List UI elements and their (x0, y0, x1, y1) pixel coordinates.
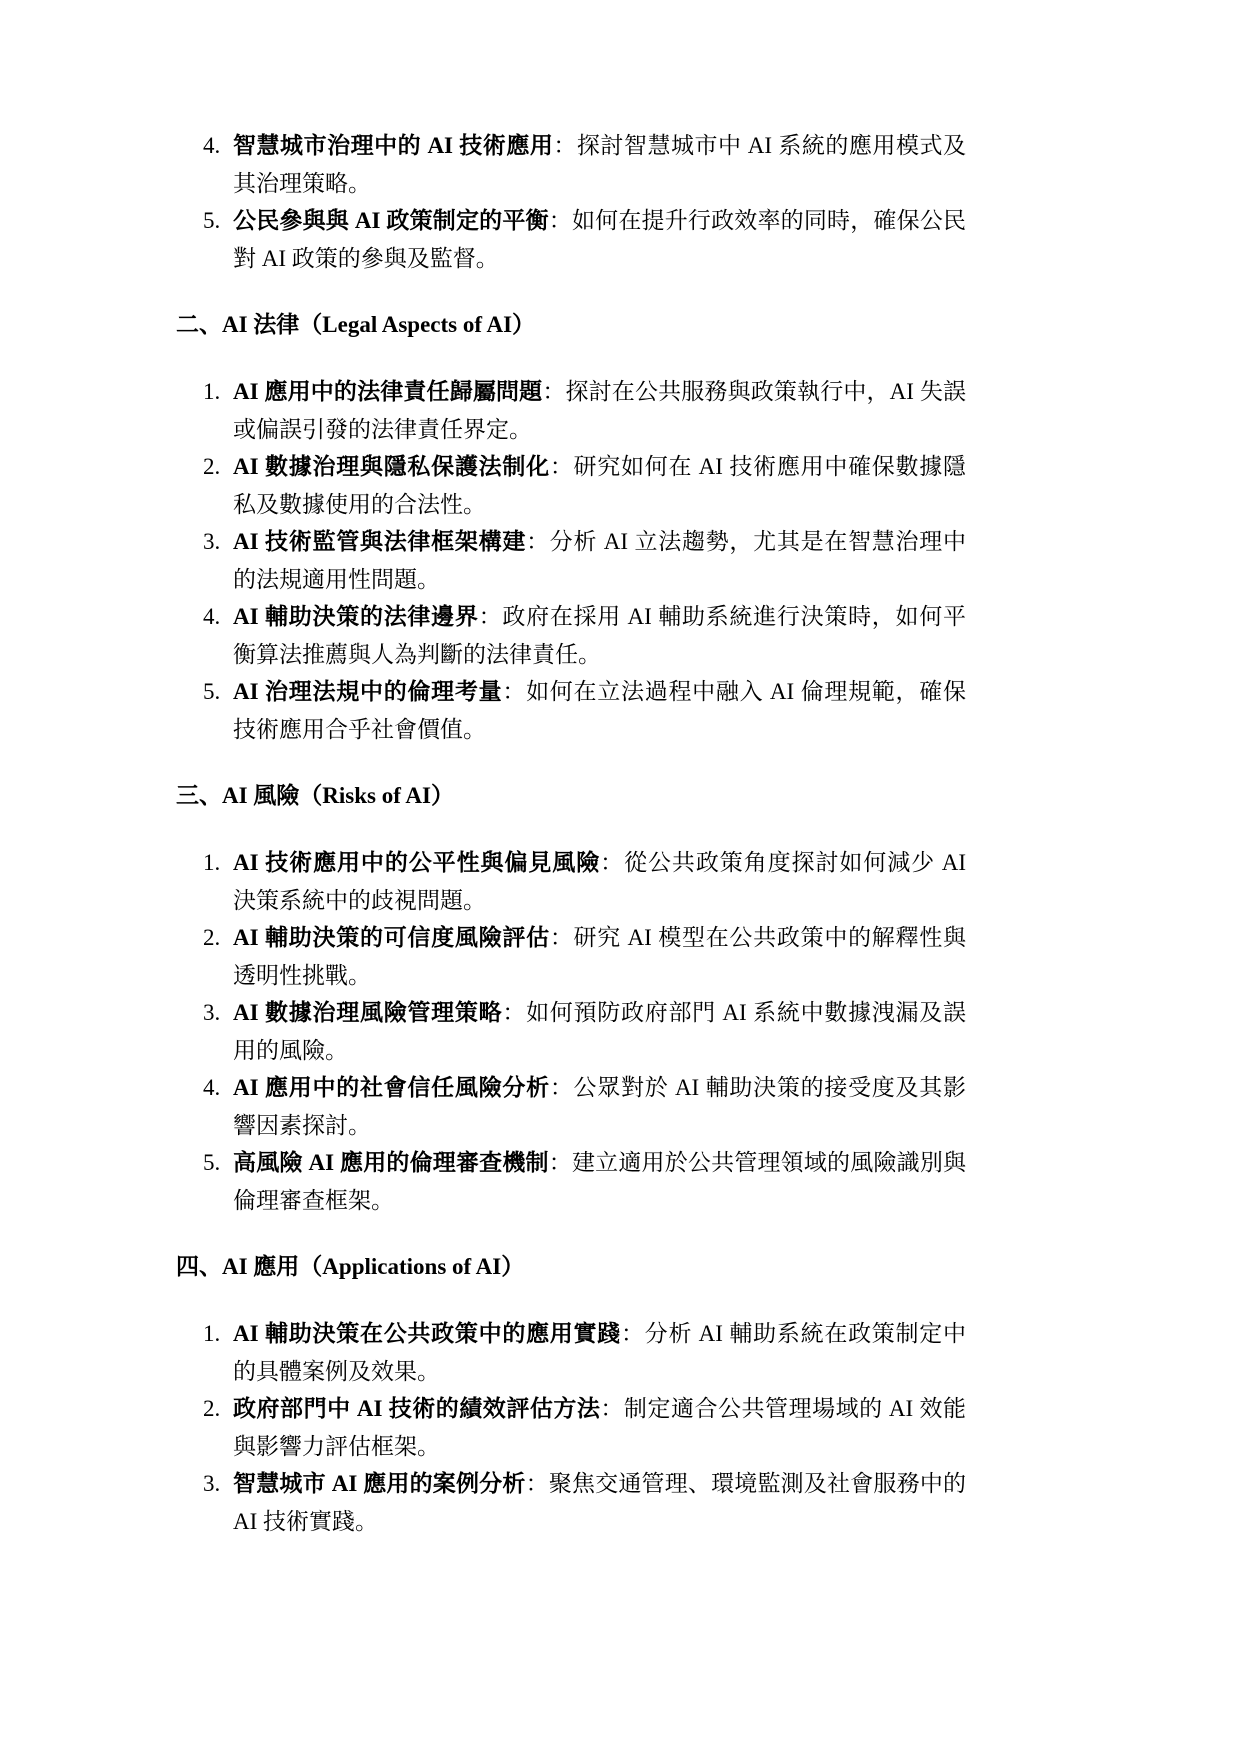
item-text: AI 數據治理與隱私保護法制化：研究如何在 AI 技術應用中確保數據隱私及數據使… (233, 448, 966, 523)
item-title: 高風險 AI 應用的倫理審查機制 (233, 1150, 549, 1175)
item-text: AI 輔助決策在公共政策中的應用實踐：分析 AI 輔助系統在政策制定中的具體案例… (233, 1315, 966, 1390)
item-number: 4. (176, 127, 233, 202)
item-number: 5. (176, 673, 233, 748)
item-text: AI 輔助決策的法律邊界：政府在採用 AI 輔助系統進行決策時，如何平衡算法推薦… (233, 598, 966, 673)
item-text: AI 輔助決策的可信度風險評估：研究 AI 模型在公共政策中的解釋性與透明性挑戰… (233, 919, 966, 994)
list-item: 2. AI 輔助決策的可信度風險評估：研究 AI 模型在公共政策中的解釋性與透明… (176, 919, 966, 994)
item-number: 3. (176, 523, 233, 598)
item-title: AI 應用中的法律責任歸屬問題 (233, 379, 542, 404)
item-text: 智慧城市 AI 應用的案例分析：聚焦交通管理、環境監測及社會服務中的 AI 技術… (233, 1465, 966, 1540)
document-page: 4. 智慧城市治理中的 AI 技術應用：探討智慧城市中 AI 系統的應用模式及其… (0, 0, 1241, 1755)
item-text: 公民參與與 AI 政策制定的平衡：如何在提升行政效率的同時，確保公民對 AI 政… (233, 202, 966, 277)
list-item: 3. AI 技術監管與法律框架構建：分析 AI 立法趨勢，尤其是在智慧治理中的法… (176, 523, 966, 598)
item-title: AI 技術監管與法律框架構建 (233, 529, 526, 554)
item-title: AI 輔助決策在公共政策中的應用實踐 (233, 1321, 621, 1346)
item-title: AI 應用中的社會信任風險分析 (233, 1075, 550, 1100)
list-item: 2. AI 數據治理與隱私保護法制化：研究如何在 AI 技術應用中確保數據隱私及… (176, 448, 966, 523)
item-text: 政府部門中 AI 技術的績效評估方法：制定適合公共管理場域的 AI 效能與影響力… (233, 1390, 966, 1465)
list-item: 2. 政府部門中 AI 技術的績效評估方法：制定適合公共管理場域的 AI 效能與… (176, 1390, 966, 1465)
list-item: 4. AI 輔助決策的法律邊界：政府在採用 AI 輔助系統進行決策時，如何平衡算… (176, 598, 966, 673)
item-text: 智慧城市治理中的 AI 技術應用：探討智慧城市中 AI 系統的應用模式及其治理策… (233, 127, 966, 202)
list-item: 4. AI 應用中的社會信任風險分析：公眾對於 AI 輔助決策的接受度及其影響因… (176, 1069, 966, 1144)
list-item: 1. AI 技術應用中的公平性與偏見風險：從公共政策角度探討如何減少 AI 決策… (176, 844, 966, 919)
item-number: 5. (176, 202, 233, 277)
item-title: 智慧城市 AI 應用的案例分析 (233, 1471, 526, 1496)
item-text: AI 應用中的法律責任歸屬問題：探討在公共服務與政策執行中，AI 失誤或偏誤引發… (233, 373, 966, 448)
item-number: 2. (176, 448, 233, 523)
item-number: 1. (176, 844, 233, 919)
section-heading-applications: 四、AI 應用（Applications of AI） (176, 1248, 966, 1286)
item-number: 2. (176, 1390, 233, 1465)
item-number: 3. (176, 994, 233, 1069)
list-item: 3. 智慧城市 AI 應用的案例分析：聚焦交通管理、環境監測及社會服務中的 AI… (176, 1465, 966, 1540)
item-title: AI 數據治理風險管理策略 (233, 1000, 502, 1025)
list-item: 1. AI 應用中的法律責任歸屬問題：探討在公共服務與政策執行中，AI 失誤或偏… (176, 373, 966, 448)
item-number: 4. (176, 598, 233, 673)
item-text: 高風險 AI 應用的倫理審查機制：建立適用於公共管理領域的風險識別與倫理審查框架… (233, 1144, 966, 1219)
item-number: 1. (176, 373, 233, 448)
list-item: 3. AI 數據治理風險管理策略：如何預防政府部門 AI 系統中數據洩漏及誤用的… (176, 994, 966, 1069)
list-item: 5. 公民參與與 AI 政策制定的平衡：如何在提升行政效率的同時，確保公民對 A… (176, 202, 966, 277)
item-title: AI 數據治理與隱私保護法制化 (233, 454, 550, 479)
item-text: AI 應用中的社會信任風險分析：公眾對於 AI 輔助決策的接受度及其影響因素探討… (233, 1069, 966, 1144)
item-text: AI 數據治理風險管理策略：如何預防政府部門 AI 系統中數據洩漏及誤用的風險。 (233, 994, 966, 1069)
item-number: 3. (176, 1465, 233, 1540)
item-number: 1. (176, 1315, 233, 1390)
list-item: 5. AI 治理法規中的倫理考量：如何在立法過程中融入 AI 倫理規範，確保技術… (176, 673, 966, 748)
section-heading-risks: 三、AI 風險（Risks of AI） (176, 777, 966, 815)
item-title: 智慧城市治理中的 AI 技術應用 (233, 133, 553, 158)
item-text: AI 技術應用中的公平性與偏見風險：從公共政策角度探討如何減少 AI 決策系統中… (233, 844, 966, 919)
item-title: AI 技術應用中的公平性與偏見風險 (233, 850, 600, 875)
item-title: 政府部門中 AI 技術的績效評估方法 (233, 1396, 600, 1421)
item-text: AI 技術監管與法律框架構建：分析 AI 立法趨勢，尤其是在智慧治理中的法規適用… (233, 523, 966, 598)
item-title: AI 輔助決策的可信度風險評估 (233, 925, 550, 950)
item-number: 2. (176, 919, 233, 994)
list-item: 1. AI 輔助決策在公共政策中的應用實踐：分析 AI 輔助系統在政策制定中的具… (176, 1315, 966, 1390)
item-title: 公民參與與 AI 政策制定的平衡 (233, 208, 549, 233)
item-number: 5. (176, 1144, 233, 1219)
document-content: 4. 智慧城市治理中的 AI 技術應用：探討智慧城市中 AI 系統的應用模式及其… (176, 127, 966, 1540)
item-title: AI 治理法規中的倫理考量 (233, 679, 502, 704)
item-text: AI 治理法規中的倫理考量：如何在立法過程中融入 AI 倫理規範，確保技術應用合… (233, 673, 966, 748)
section-heading-legal: 二、AI 法律（Legal Aspects of AI） (176, 306, 966, 344)
list-item: 5. 高風險 AI 應用的倫理審查機制：建立適用於公共管理領域的風險識別與倫理審… (176, 1144, 966, 1219)
item-number: 4. (176, 1069, 233, 1144)
list-item: 4. 智慧城市治理中的 AI 技術應用：探討智慧城市中 AI 系統的應用模式及其… (176, 127, 966, 202)
item-title: AI 輔助決策的法律邊界 (233, 604, 479, 629)
